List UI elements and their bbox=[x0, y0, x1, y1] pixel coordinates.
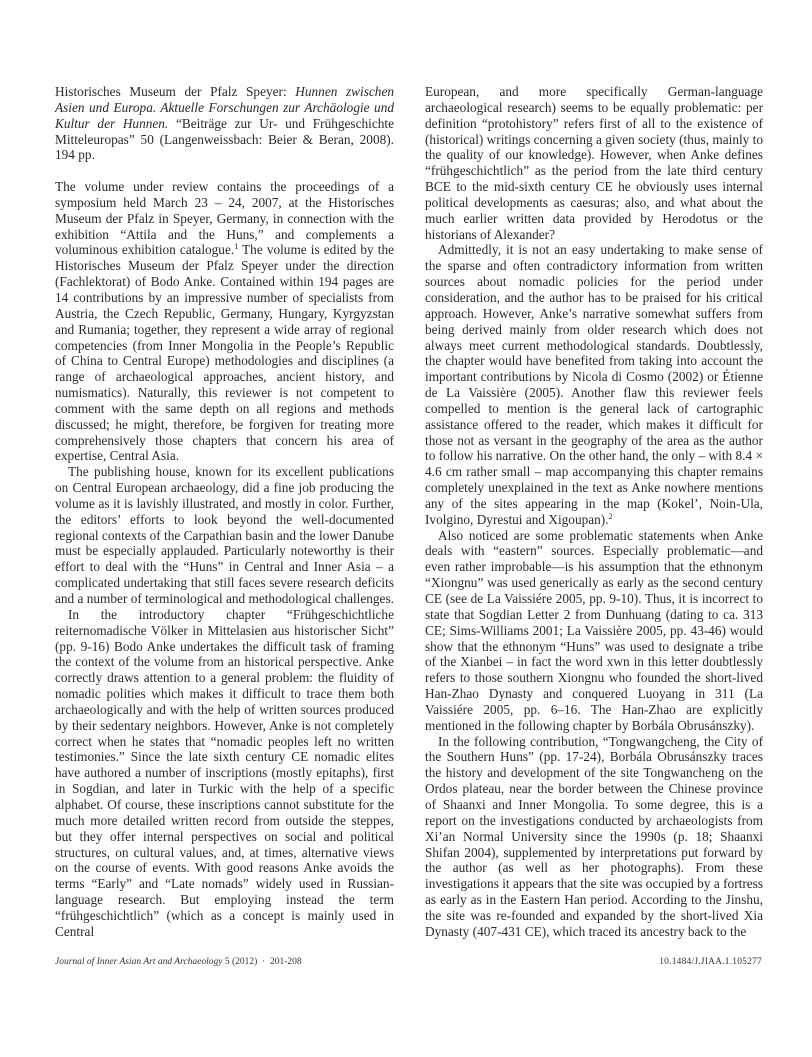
citation-publisher: Historisches Museum der Pfalz Speyer: bbox=[55, 84, 295, 99]
journal-page: Historisches Museum der Pfalz Speyer: Hu… bbox=[0, 0, 812, 1057]
footnote-marker[interactable]: 2 bbox=[609, 512, 613, 521]
paragraph-continued: European, and more specifically German-l… bbox=[425, 84, 763, 242]
paragraph-text: Admittedly, it is not an easy undertakin… bbox=[425, 242, 763, 526]
paragraph-text: The volume is edited by the Historisches… bbox=[55, 242, 394, 463]
paragraph: Also noticed are some problematic statem… bbox=[425, 528, 763, 734]
right-column: European, and more specifically German-l… bbox=[425, 84, 763, 940]
paragraph: In the following contribution, “Tongwang… bbox=[425, 734, 763, 940]
journal-footer: Journal of Inner Asian Art and Archaeolo… bbox=[55, 957, 302, 967]
volume-pages: 5 (2012) · 201-208 bbox=[222, 957, 301, 967]
doi[interactable]: 10.1484/J.JIAA.1.105277 bbox=[659, 957, 762, 967]
left-column: Historisches Museum der Pfalz Speyer: Hu… bbox=[55, 84, 394, 940]
paragraph: Admittedly, it is not an easy undertakin… bbox=[425, 242, 763, 527]
paragraph: The publishing house, known for its exce… bbox=[55, 464, 394, 607]
paragraph: In the introductory chapter “Frühgeschic… bbox=[55, 607, 394, 940]
paragraph: The volume under review contains the pro… bbox=[55, 179, 394, 464]
book-citation: Historisches Museum der Pfalz Speyer: Hu… bbox=[55, 84, 394, 163]
journal-title: Journal of Inner Asian Art and Archaeolo… bbox=[55, 957, 222, 967]
